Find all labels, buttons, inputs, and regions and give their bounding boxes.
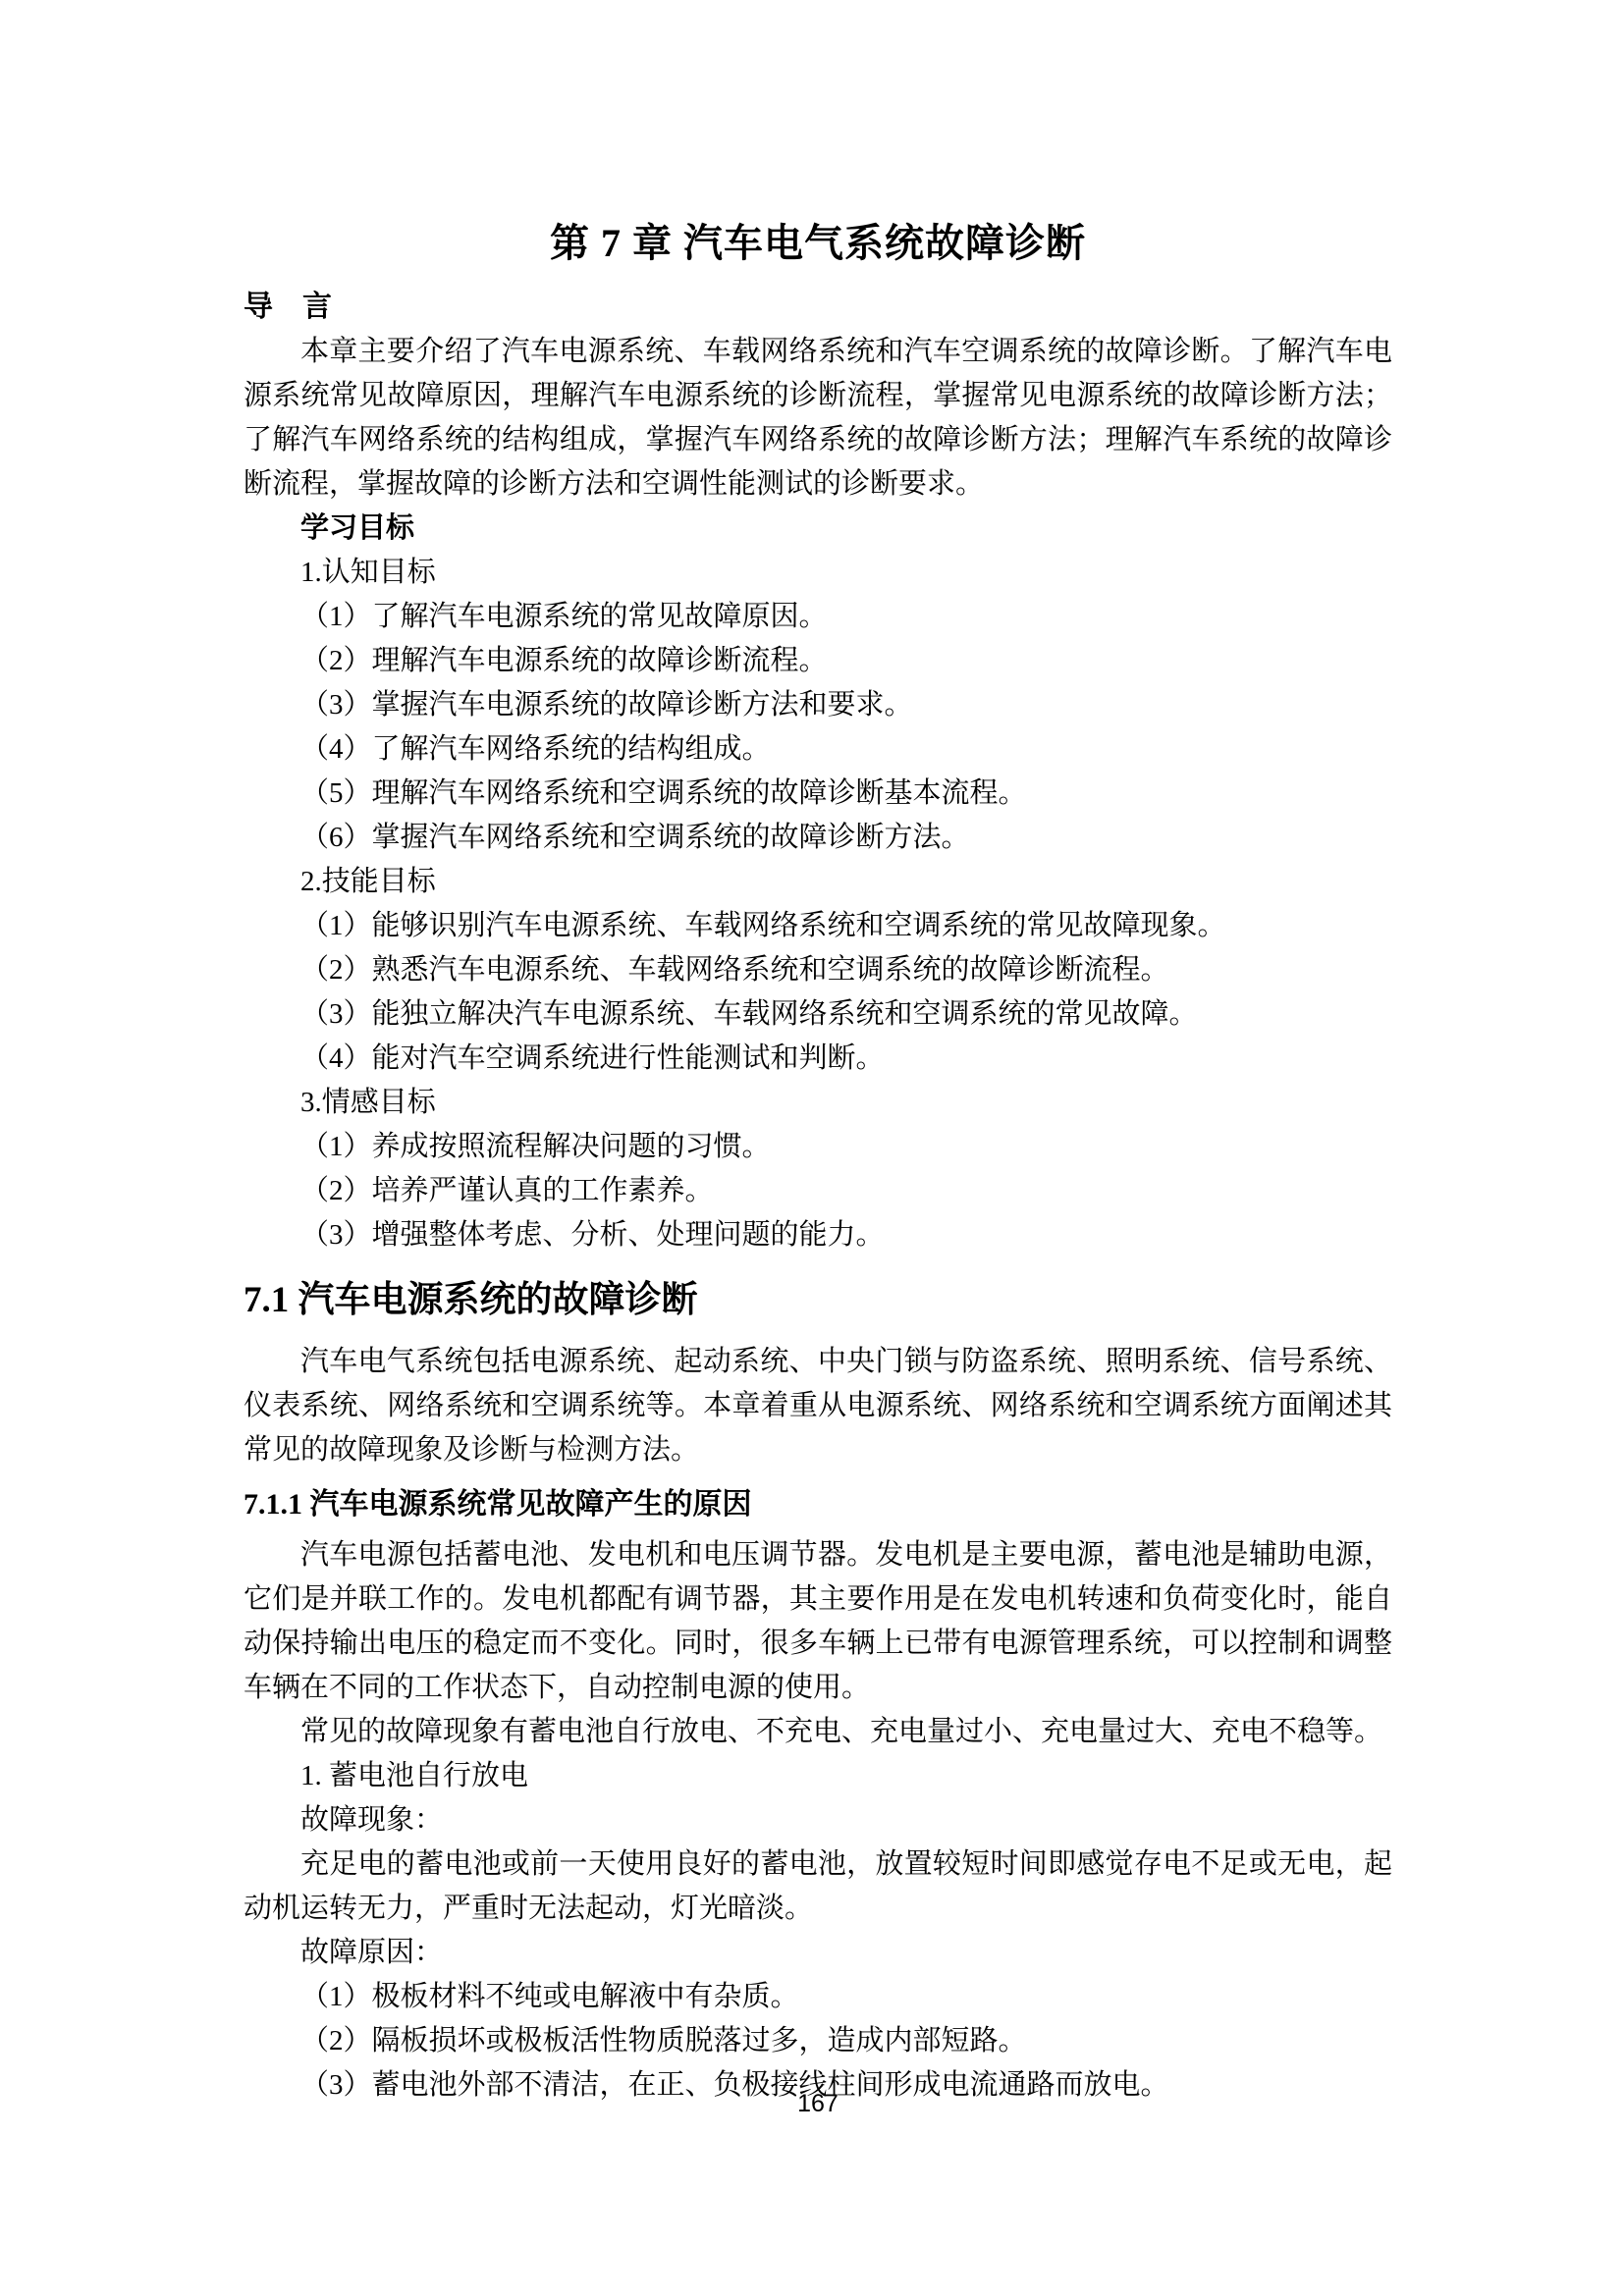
objective-item: （1）养成按照流程解决问题的习惯。 [244,1125,1392,1169]
fault-phenomenon-label: 故障现象： [244,1798,1392,1842]
page-number: 167 [244,2089,1392,2118]
chapter-title: 第 7 章 汽车电气系统故障诊断 [244,218,1392,269]
fault-item-title: 1. 蓄电池自行放电 [244,1754,1392,1798]
intro-heading: 导 言 [244,285,1392,330]
section-7-1-1-paragraph-2: 常见的故障现象有蓄电池自行放电、不充电、充电量过小、充电量过大、充电不稳等。 [244,1710,1392,1754]
document-page: 第 7 章 汽车电气系统故障诊断 导 言 本章主要介绍了汽车电源系统、车载网络系… [0,0,1624,2296]
objective-group-label: 1.认知目标 [244,551,1392,595]
page-content: 第 7 章 汽车电气系统故障诊断 导 言 本章主要介绍了汽车电源系统、车载网络系… [244,218,1392,2108]
fault-cause-label: 故障原因： [244,1931,1392,1975]
fault-phenomenon-text: 充足电的蓄电池或前一天使用良好的蓄电池，放置较短时间即感觉存电不足或无电，起动机… [244,1842,1392,1931]
objective-item: （6）掌握汽车网络系统和空调系统的故障诊断方法。 [244,816,1392,860]
objective-item: （2）理解汽车电源系统的故障诊断流程。 [244,639,1392,683]
section-7-1-heading: 7.1 汽车电源系统的故障诊断 [244,1277,1392,1324]
objective-item: （2）培养严谨认真的工作素养。 [244,1169,1392,1213]
objective-item: （1）了解汽车电源系统的常见故障原因。 [244,595,1392,639]
objective-group-label: 3.情感目标 [244,1081,1392,1125]
section-7-1-1-heading: 7.1.1 汽车电源系统常见故障产生的原因 [244,1484,1392,1525]
objective-group-label: 2.技能目标 [244,860,1392,904]
objective-item: （3）掌握汽车电源系统的故障诊断方法和要求。 [244,683,1392,727]
objective-item: （3）增强整体考虑、分析、处理问题的能力。 [244,1213,1392,1257]
objective-item: （2）熟悉汽车电源系统、车载网络系统和空调系统的故障诊断流程。 [244,948,1392,992]
objective-item: （3）能独立解决汽车电源系统、车载网络系统和空调系统的常见故障。 [244,992,1392,1037]
fault-cause-item: （1）极板材料不纯或电解液中有杂质。 [244,1975,1392,2019]
objective-item: （4）了解汽车网络系统的结构组成。 [244,727,1392,772]
objectives-heading: 学习目标 [244,507,1392,551]
objective-item: （1）能够识别汽车电源系统、车载网络系统和空调系统的常见故障现象。 [244,904,1392,948]
intro-paragraph: 本章主要介绍了汽车电源系统、车载网络系统和汽车空调系统的故障诊断。了解汽车电源系… [244,330,1392,507]
objective-item: （4）能对汽车空调系统进行性能测试和判断。 [244,1037,1392,1081]
section-7-1-paragraph: 汽车电气系统包括电源系统、起动系统、中央门锁与防盗系统、照明系统、信号系统、仪表… [244,1340,1392,1472]
fault-cause-item: （2）隔板损坏或极板活性物质脱落过多，造成内部短路。 [244,2019,1392,2063]
objective-item: （5）理解汽车网络系统和空调系统的故障诊断基本流程。 [244,772,1392,816]
section-7-1-1-paragraph-1: 汽车电源包括蓄电池、发电机和电压调节器。发电机是主要电源，蓄电池是辅助电源，它们… [244,1533,1392,1710]
